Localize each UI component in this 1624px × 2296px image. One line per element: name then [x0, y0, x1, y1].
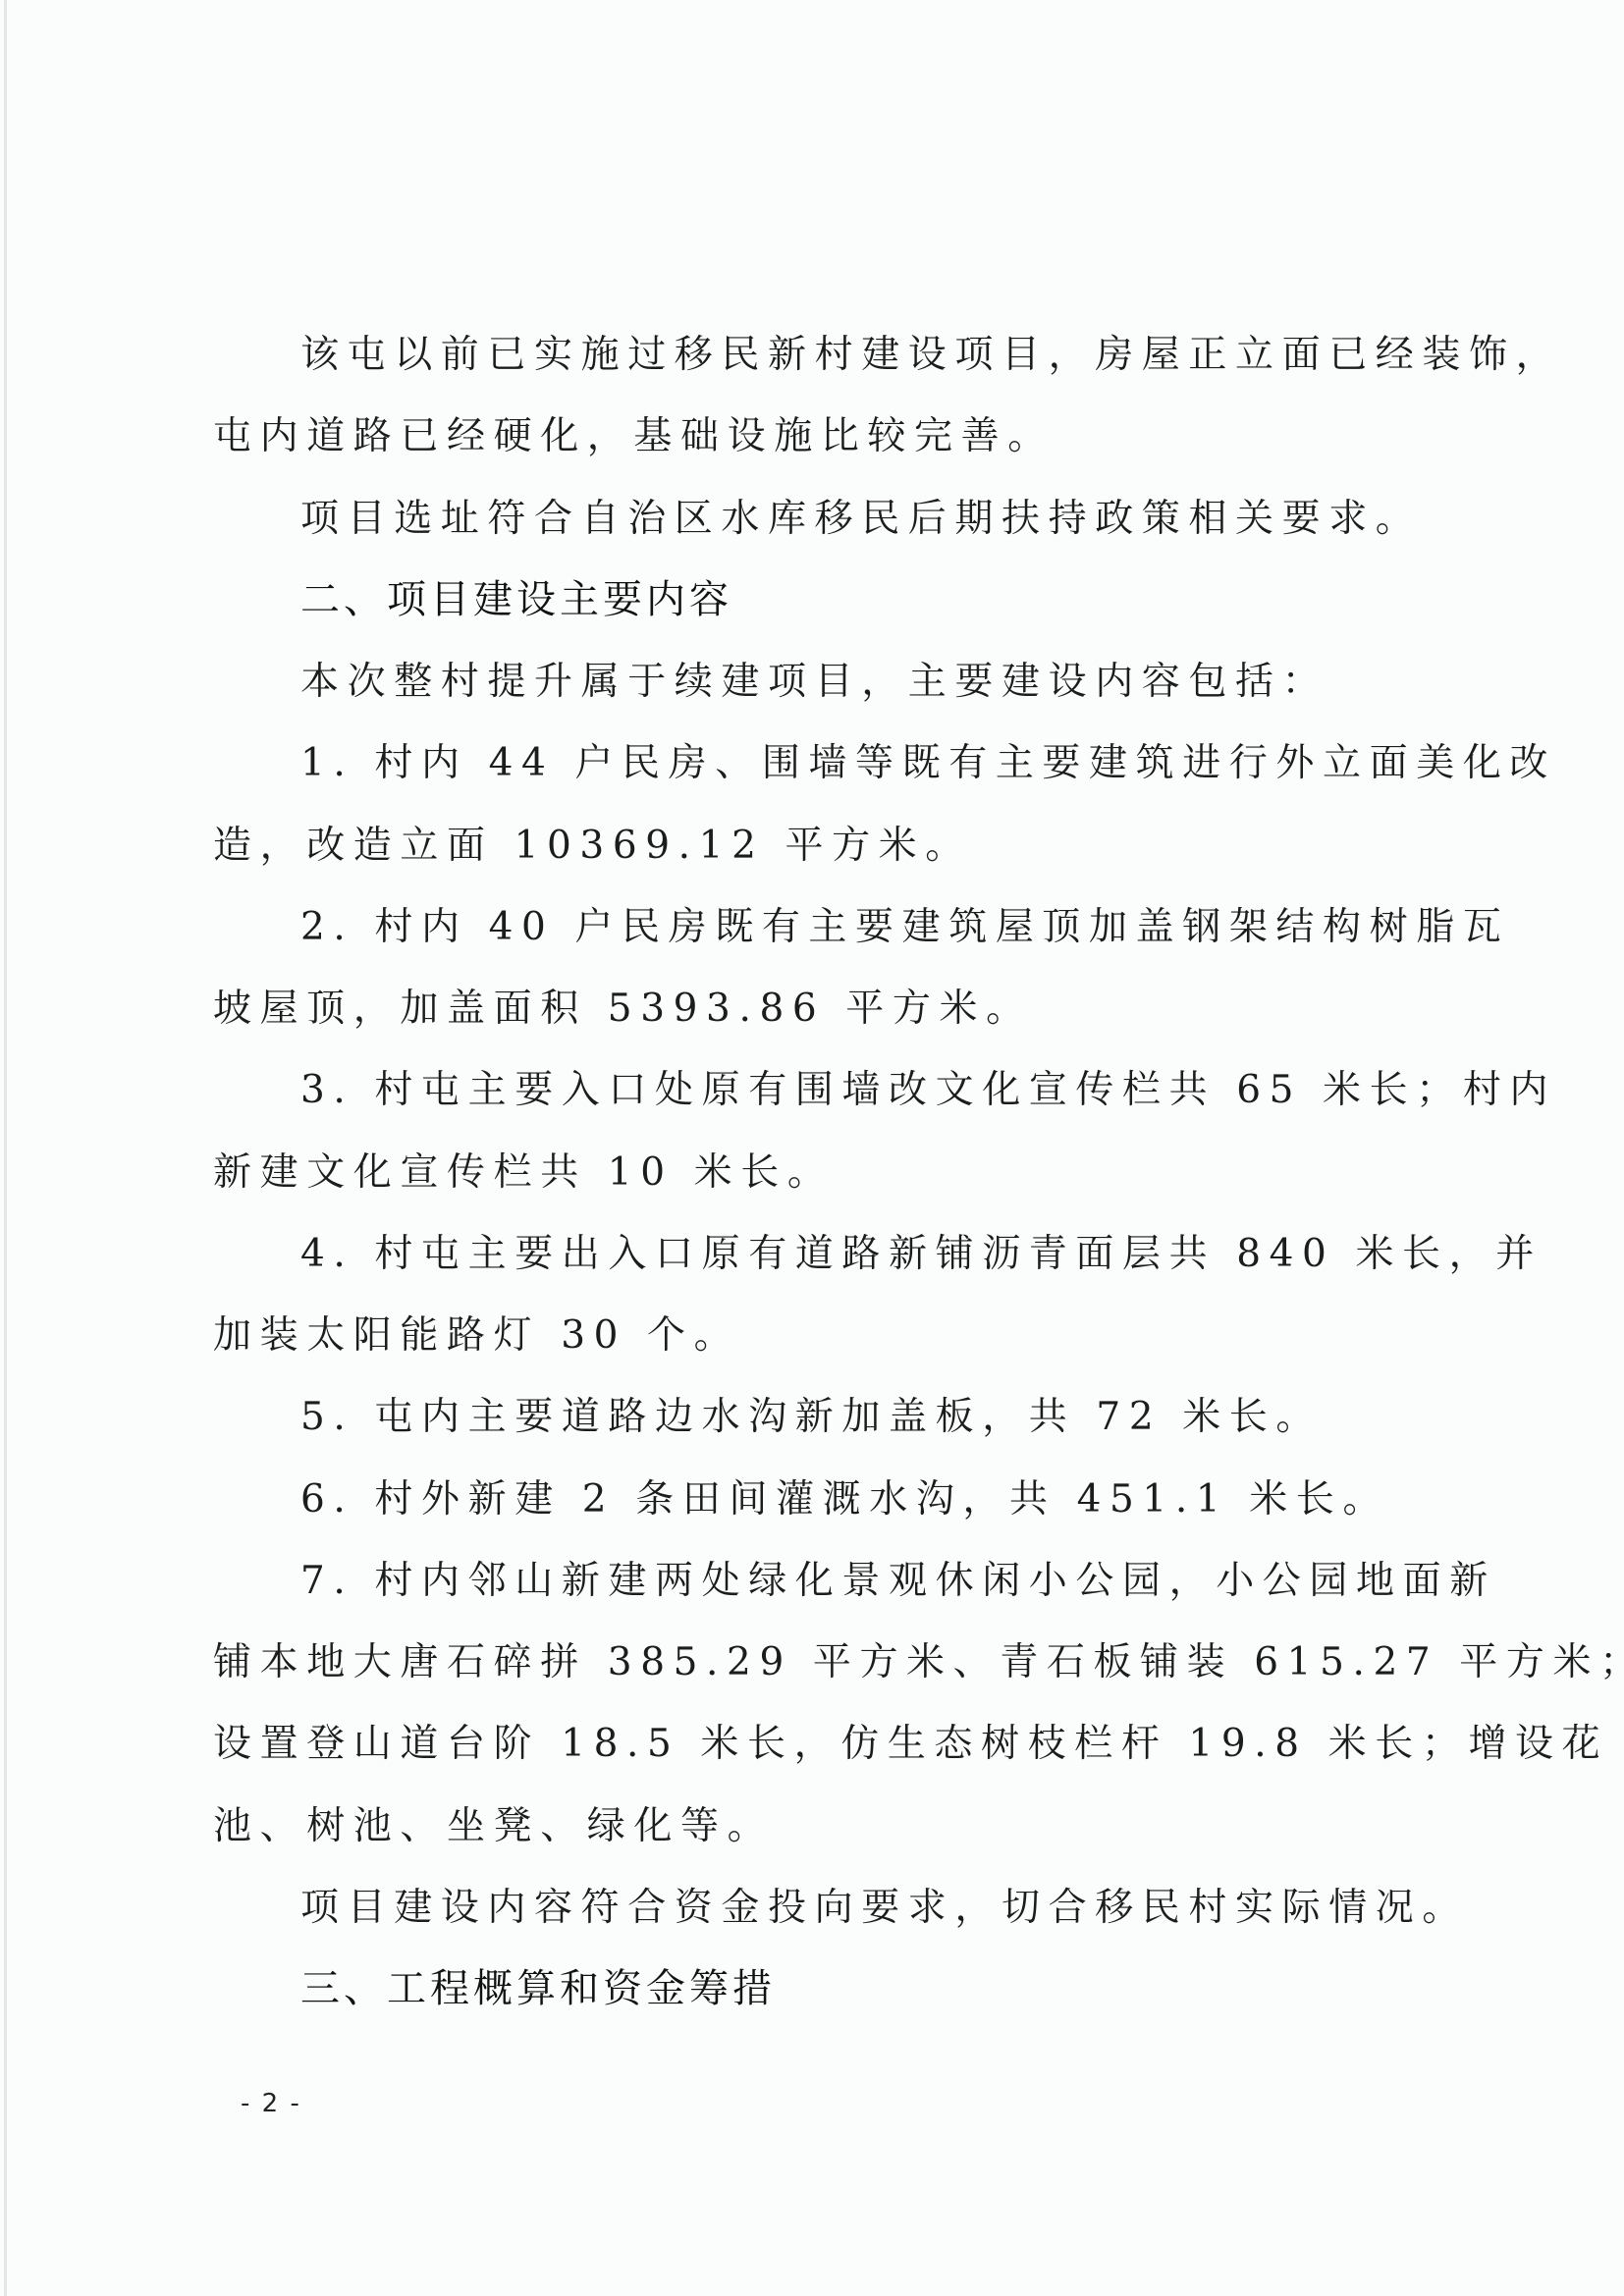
- text-line: 5. 屯内主要道路边水沟新加盖板，共 72 米长。: [213, 1376, 1431, 1458]
- text-line: 坡屋顶，加盖面积 5393.86 平方米。: [213, 968, 1431, 1049]
- text-line: 7. 村内邻山新建两处绿化景观休闲小公园，小公园地面新: [213, 1540, 1431, 1622]
- document-page: 该屯以前已实施过移民新村建设项目，房屋正立面已经装饰， 屯内道路已经硬化，基础设…: [213, 314, 1431, 2030]
- text-line: 加装太阳能路灯 30 个。: [213, 1295, 1431, 1376]
- section-heading-2: 二、项目建设主要内容: [213, 560, 1431, 641]
- list-item-2: 2. 村内 40 户民房既有主要建筑屋顶加盖钢架结构树脂瓦 坡屋顶，加盖面积 5…: [213, 886, 1431, 1050]
- text-line: 项目建设内容符合资金投向要求，切合移民村实际情况。: [213, 1867, 1431, 1949]
- text-line: 该屯以前已实施过移民新村建设项目，房屋正立面已经装饰，: [213, 314, 1431, 396]
- paragraph-site-compliance: 项目选址符合自治区水库移民后期扶持政策相关要求。: [213, 478, 1431, 560]
- section-heading-3: 三、工程概算和资金筹措: [213, 1949, 1431, 2030]
- scan-edge-line: [4, 0, 7, 2296]
- paragraph-content-intro: 本次整村提升属于续建项目，主要建设内容包括：: [213, 641, 1431, 722]
- text-line: 设置登山道台阶 18.5 米长，仿生态树枝栏杆 19.8 米长；增设花: [213, 1703, 1431, 1785]
- list-item-3: 3. 村屯主要入口处原有围墙改文化宣传栏共 65 米长；村内 新建文化宣传栏共 …: [213, 1049, 1431, 1213]
- list-item-4: 4. 村屯主要出入口原有道路新铺沥青面层共 840 米长，并 加装太阳能路灯 3…: [213, 1213, 1431, 1377]
- list-item-1: 1. 村内 44 户民房、围墙等既有主要建筑进行外立面美化改 造，改造立面 10…: [213, 722, 1431, 886]
- list-item-5: 5. 屯内主要道路边水沟新加盖板，共 72 米长。: [213, 1376, 1431, 1458]
- text-line: 新建文化宣传栏共 10 米长。: [213, 1132, 1431, 1213]
- paragraph-village-background: 该屯以前已实施过移民新村建设项目，房屋正立面已经装饰， 屯内道路已经硬化，基础设…: [213, 314, 1431, 478]
- text-line: 池、树池、坐凳、绿化等。: [213, 1786, 1431, 1867]
- text-line: 造，改造立面 10369.12 平方米。: [213, 805, 1431, 886]
- text-line: 屯内道路已经硬化，基础设施比较完善。: [213, 396, 1431, 477]
- text-line: 铺本地大唐石碎拼 385.29 平方米、青石板铺装 615.27 平方米；: [213, 1622, 1431, 1703]
- text-line: 3. 村屯主要入口处原有围墙改文化宣传栏共 65 米长；村内: [213, 1049, 1431, 1131]
- text-line: 2. 村内 40 户民房既有主要建筑屋顶加盖钢架结构树脂瓦: [213, 886, 1431, 968]
- text-line: 本次整村提升属于续建项目，主要建设内容包括：: [213, 641, 1431, 722]
- paragraph-content-summary: 项目建设内容符合资金投向要求，切合移民村实际情况。: [213, 1867, 1431, 1949]
- text-line: 4. 村屯主要出入口原有道路新铺沥青面层共 840 米长，并: [213, 1213, 1431, 1295]
- list-item-6: 6. 村外新建 2 条田间灌溉水沟，共 451.1 米长。: [213, 1459, 1431, 1540]
- list-item-7: 7. 村内邻山新建两处绿化景观休闲小公园，小公园地面新 铺本地大唐石碎拼 385…: [213, 1540, 1431, 1867]
- text-line: 6. 村外新建 2 条田间灌溉水沟，共 451.1 米长。: [213, 1459, 1431, 1540]
- text-line: 项目选址符合自治区水库移民后期扶持政策相关要求。: [213, 478, 1431, 560]
- page-number: - 2 -: [241, 2089, 301, 2118]
- heading-text: 三、工程概算和资金筹措: [213, 1949, 1431, 2030]
- text-line: 1. 村内 44 户民房、围墙等既有主要建筑进行外立面美化改: [213, 722, 1431, 804]
- heading-text: 二、项目建设主要内容: [213, 560, 1431, 641]
